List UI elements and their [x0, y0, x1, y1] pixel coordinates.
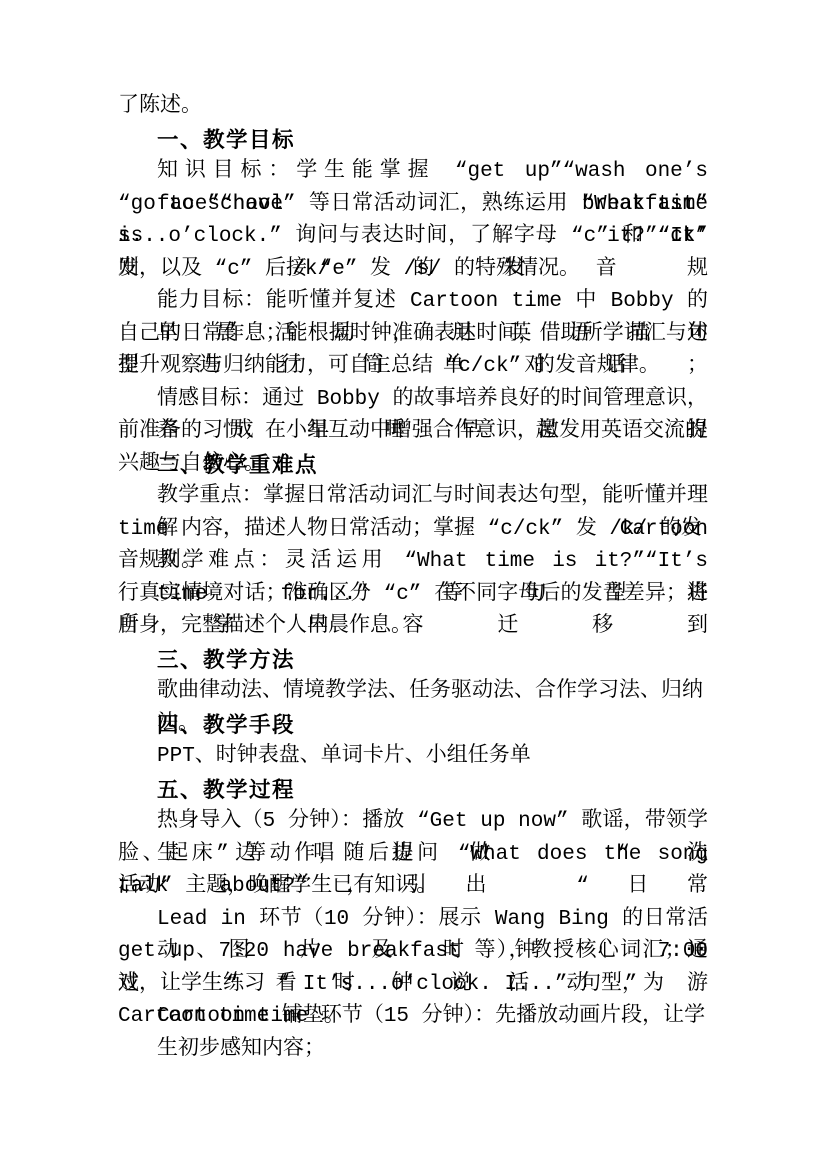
warmup-line-2: 脸、起床” 等动作，随后提问 “What does the song talk … — [118, 839, 708, 872]
paragraph-continuation-line: 了陈述。 — [118, 91, 708, 124]
cartoon-time-line-1: Cartoon time 环节（15 分钟）：先播放动画片段，让学生初步感知内容… — [118, 1001, 708, 1034]
lead-in-line-2: get up、7:20 have breakfast 等），教授核心词汇；通过 … — [118, 936, 708, 969]
teaching-methods-line: 歌曲律动法、情境教学法、任务驱动法、合作学习法、归纳法。 — [118, 676, 708, 709]
heading-teaching-process: 五、教学过程 — [118, 774, 708, 807]
key-point-line-2: time 内容，描述人物日常活动；掌握 “c/ck” 发 /k/ 的发音规则。 — [118, 514, 708, 547]
warmup-line-1: 热身导入（5 分钟）：播放 “Get up now” 歌谣，带领学生边唱边做 “… — [118, 806, 708, 839]
heading-key-difficult-points: 二、教学重难点 — [118, 449, 708, 482]
difficult-point-line-1: 教学难点：灵活运用 “What time is it?”“It’s time f… — [118, 546, 708, 579]
knowledge-objective-line-1: 知识目标：学生能掌握 “get up”“wash one’s face”“hav… — [118, 156, 708, 189]
heading-teaching-aids: 四、教学手段 — [118, 709, 708, 742]
key-point-line-1: 教学重点：掌握日常活动词汇与时间表达句型，能听懂并理解 Cartoon — [118, 481, 708, 514]
ability-objective-line-3: 提升观察与归纳能力，可自主总结 “c/ck” 的发音规律。 — [118, 351, 708, 384]
heading-teaching-objectives: 一、教学目标 — [118, 124, 708, 157]
lead-in-line-1: Lead in 环节（10 分钟）：展示 Wang Bing 的日常活动图片及时… — [118, 904, 708, 937]
knowledge-objective-line-2: “go to school” 等日常活动词汇，熟练运用 “What time i… — [118, 189, 708, 222]
emotional-objective-line-2: 前准备的习惯；在小组互动中增强合作意识，激发用英语交流的兴趣与自信心。 — [118, 416, 708, 449]
lead-in-line-3: 戏，让学生练习 “ It’s...o’clock. I...” 句型，为 Car… — [118, 969, 708, 1002]
ability-objective-line-1: 能力目标：能听懂并复述 Cartoon time 中 Bobby 的早晨活动，用… — [118, 286, 708, 319]
knowledge-objective-line-3: s...o’clock.” 询问与表达时间，了解字母 “c” 和 “ck” 发 … — [118, 221, 708, 254]
document-page: 了陈述。 一、教学目标 知识目标：学生能掌握 “get up”“wash one… — [0, 0, 827, 1170]
emotional-objective-line-1: 情感目标：通过 Bobby 的故事培养良好的时间管理意识，养成早睡早起、提 — [118, 384, 708, 417]
teaching-aids-line: PPT、时钟表盘、单词卡片、小组任务单 — [118, 741, 708, 774]
ability-objective-line-2: 自己的日常作息；能根据时钟准确表达时间，借助所学词汇与句型进行简单对话； — [118, 319, 708, 352]
heading-teaching-methods: 三、教学方法 — [118, 644, 708, 677]
difficult-point-line-2: 行真实情境对话；准确区分 “c” 在不同字母后的发音差异；将所学内容迁移到 — [118, 579, 708, 612]
